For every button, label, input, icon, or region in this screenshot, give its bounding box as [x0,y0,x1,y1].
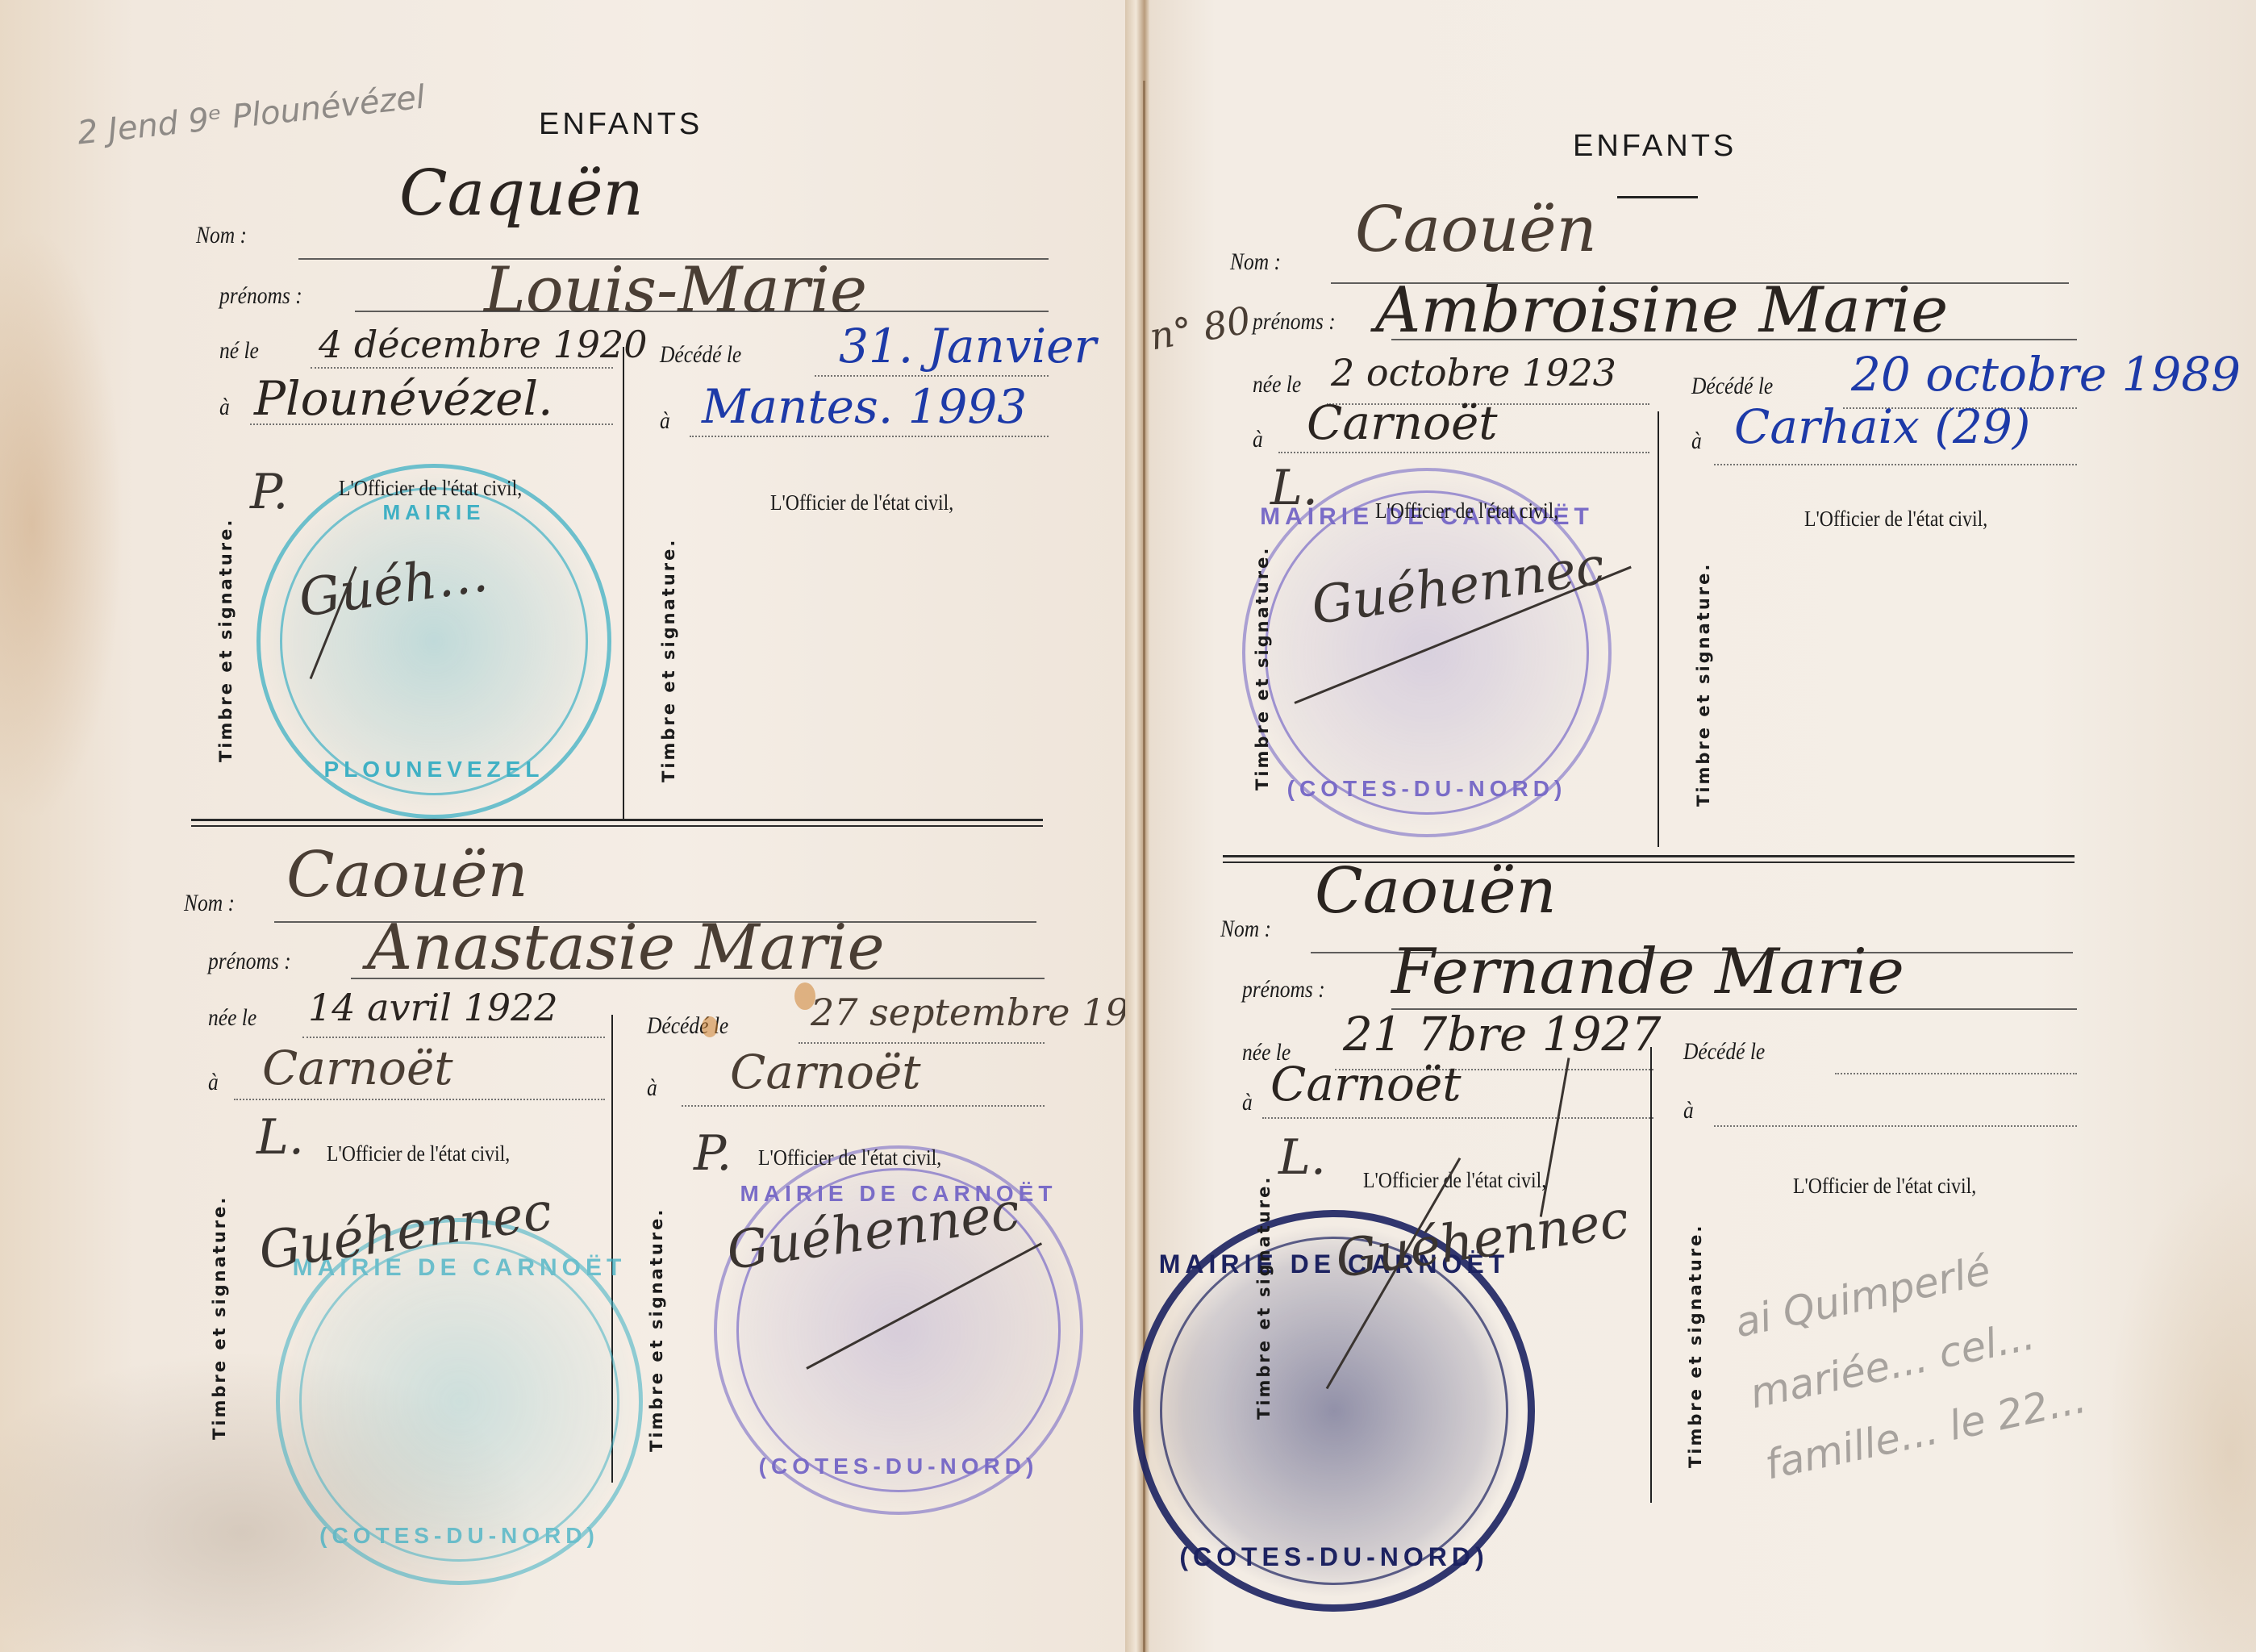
ne-a-value: Carnoët [1307,395,1498,450]
right-page: ENFANTS n° 80 Nom : Caouën prénoms : Amb… [1149,0,2256,1652]
decede-a-line [690,436,1049,437]
ne-a-value: Carnoët [1270,1057,1462,1112]
decede-a-line [1714,464,2077,465]
officier-label: L'Officier de l'état civil, [339,476,522,501]
decede-a-value: Carnoët [730,1045,921,1099]
decede-le-line [815,375,1049,377]
a-label: à [219,394,230,421]
decede-a-label: à [1683,1097,1694,1124]
decede-a-value: Mantes. 1993 [702,379,1027,434]
prenoms-value: Ambroisine Marie [1375,274,1948,347]
nom-label: Nom : [196,222,247,249]
ne-label: né le [219,337,259,365]
nom-value: Caquën [399,157,644,230]
decede-label: Décédé le [660,341,741,369]
decede-a-value: Carhaix (29) [1734,399,2030,454]
timbre-label: Timbre et signature. [216,518,236,762]
ne-a-line [234,1099,605,1100]
column-divider [623,347,624,821]
prenoms-value: Louis-Marie [484,254,867,327]
prenoms-label: prénoms : [1253,308,1336,336]
ne-le-value: 2 octobre 1923 [1331,351,1616,394]
ne-a-value: Carnoët [262,1041,453,1095]
ne-a-flourish [1540,1058,1570,1216]
page-heading-right: ENFANTS [1573,129,1737,164]
margin-note-right: n° 80 [1146,298,1253,358]
nom-value: Caouën [1355,194,1597,266]
ne-label: née le [1253,371,1301,398]
prenoms-value: Anastasie Marie [367,912,885,984]
decede-officier-label: L'Officier de l'état civil, [758,1145,941,1170]
ne-le-line [302,1037,605,1038]
decede-officier-label: L'Officier de l'état civil, [770,490,953,515]
decede-le-value: 20 octobre 1989 [1851,347,2241,402]
prenoms-value: Fernande Marie [1391,936,1904,1008]
decede-timbre-label: Timbre et signature. [659,538,678,782]
left-page: 2 Jend 9ᵉ Plounévézel ENFANTS Nom : Caqu… [0,0,1125,1652]
decede-a-label: à [647,1074,657,1102]
stamp-plounevezel: MAIRIE PLOUNEVEZEL [256,464,611,819]
ne-le-value: 4 décembre 1920 [319,323,648,366]
officier-label: L'Officier de l'état civil, [1363,1168,1546,1193]
decede-a-line [682,1105,1045,1107]
a-label: à [1242,1089,1253,1116]
nom-value: Caouën [1315,855,1557,928]
decede-timbre-label: Timbre et signature. [1686,1224,1705,1468]
pencil-annotation: ai Quimperlé mariée... cel... famille...… [1728,1201,2184,1501]
nom-label: Nom : [184,890,235,917]
decede-a-label: à [1691,428,1702,455]
section-separator [191,819,1043,827]
decede-officier-initial: P. [694,1125,732,1182]
ne-le-value: 21 7bre 1927 [1343,1007,1661,1062]
margin-note-left: 2 Jend 9ᵉ Plounévézel [76,79,427,152]
timbre-label: Timbre et signature. [1253,546,1272,791]
ne-label: née le [208,1004,256,1032]
officier-initial: P. [250,464,288,520]
column-divider [1658,411,1659,847]
a-label: à [208,1069,219,1096]
officier-initial: L. [1270,460,1318,516]
nom-label: Nom : [1220,916,1271,943]
timbre-label: Timbre et signature. [210,1195,229,1440]
foxing-spot [794,982,815,1010]
prenoms-line [1391,339,2077,340]
prenoms-label: prénoms : [208,948,291,975]
decede-a-line [1714,1125,2077,1127]
officier-label: L'Officier de l'état civil, [327,1141,510,1166]
prenoms-line [351,978,1045,979]
officier-initial: L. [1278,1129,1326,1186]
ne-a-value: Plounévézel. [254,371,553,426]
prenoms-label: prénoms : [1242,976,1325,1003]
decede-a-label: à [660,407,670,435]
ne-le-value: 14 avril 1922 [308,986,558,1029]
decede-officier-label: L'Officier de l'état civil, [1804,507,1987,532]
stamp-carnoet-birth: MAIRIE DE CARNOËT (COTES-DU-NORD) [276,1218,643,1585]
nom-label: Nom : [1230,248,1281,276]
heading-rule [1617,196,1698,198]
column-divider [1650,1047,1652,1503]
prenoms-label: prénoms : [219,282,302,310]
decede-le-value: 31. Janvier [839,319,1096,373]
ne-le-line [311,367,613,369]
decede-label: Décédé le [1691,373,1773,400]
ne-a-line [1278,452,1649,453]
decede-timbre-label: Timbre et signature. [647,1208,666,1452]
foxing-spot [702,1016,718,1037]
decede-le-line [799,1042,1045,1044]
prenoms-line [355,311,1049,312]
decede-label: Décédé le [1683,1038,1765,1066]
ne-a-line [1262,1117,1653,1119]
decede-timbre-label: Timbre et signature. [1694,562,1713,807]
timbre-label: Timbre et signature. [1254,1175,1274,1420]
officier-label: L'Officier de l'état civil, [1375,499,1558,524]
ne-a-line [250,423,613,425]
nom-value: Caouën [286,839,528,912]
decede-le-line [1835,1073,2077,1074]
page-heading-left: ENFANTS [539,107,703,142]
decede-le-value: 27 septembre 1922 [811,991,1176,1034]
a-label: à [1253,426,1263,453]
decede-officier-label: L'Officier de l'état civil, [1793,1174,1976,1199]
officier-initial: L. [256,1109,304,1166]
